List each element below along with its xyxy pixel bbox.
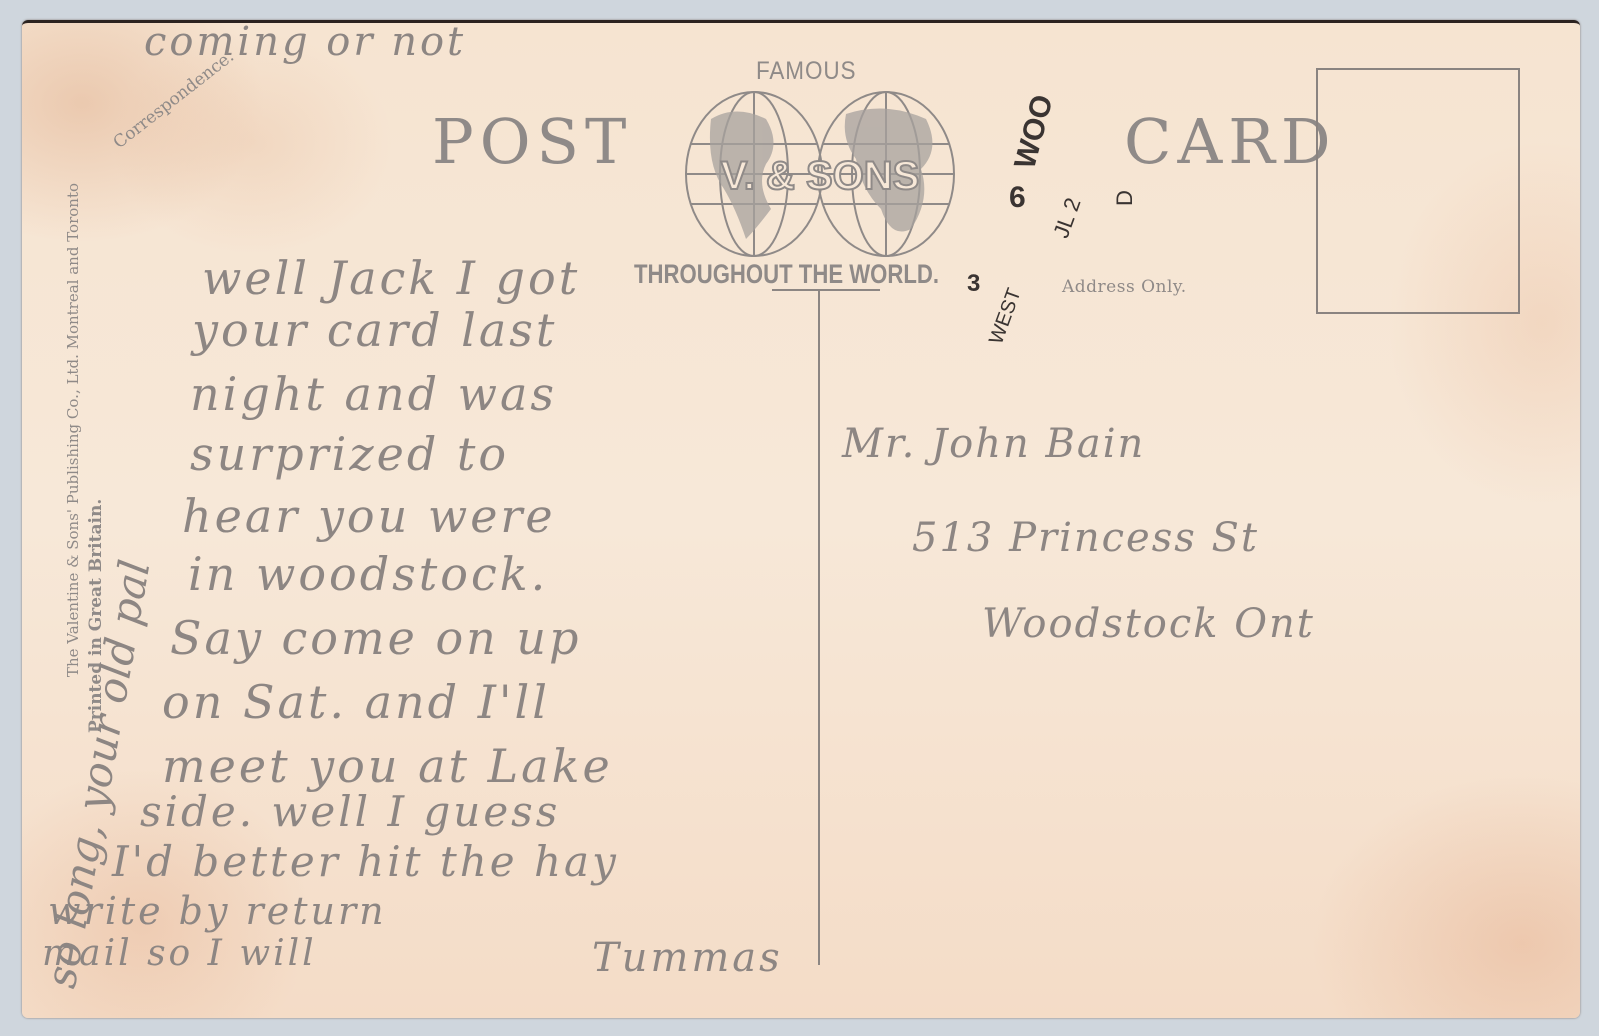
- message-line: side. well I guess: [140, 787, 560, 836]
- stamp-box: [1316, 68, 1520, 314]
- message-line: well Jack I got: [202, 251, 580, 305]
- postmark-segment: JL 2: [1048, 194, 1086, 241]
- postmark: WOO 6 JL 2 D WEST 3: [957, 115, 1157, 355]
- header-throughout: THROUGHOUT THE WORLD.: [634, 259, 939, 290]
- postmark-segment: D: [1112, 190, 1138, 206]
- message-line: meet you at Lake: [162, 739, 613, 793]
- postcard: FAMOUS POST CARD V. & SONS THROUGHOUT TH…: [22, 20, 1580, 1018]
- header-famous: FAMOUS: [756, 57, 856, 86]
- address-line: 513 Princess St: [912, 515, 1259, 561]
- postmark-segment: 3: [967, 270, 980, 298]
- signature: Tummas: [592, 935, 783, 981]
- globe-logo-icon: V. & SONS: [676, 89, 966, 259]
- address-line: Mr. John Bain: [842, 421, 1145, 467]
- message-line: in woodstock.: [188, 547, 548, 601]
- divider-top-bar: [772, 289, 880, 291]
- logo-text: V. & SONS: [721, 154, 920, 198]
- message-line: Say come on up: [170, 611, 581, 665]
- message-line: your card last: [192, 303, 557, 357]
- message-line: on Sat. and I'll: [162, 675, 550, 729]
- message-line: surprized to: [190, 427, 509, 481]
- address-line: Woodstock Ont: [982, 601, 1315, 647]
- title-post: POST: [432, 105, 632, 178]
- postmark-segment: WOO: [1008, 91, 1060, 172]
- postmark-segment: WEST: [985, 285, 1026, 347]
- divider-line: [818, 289, 820, 965]
- message-line: night and was: [190, 367, 557, 421]
- postmark-segment: 6: [1009, 181, 1026, 215]
- message-line: hear you were: [182, 489, 556, 543]
- message-line: I'd better hit the hay: [112, 837, 619, 886]
- top-note: coming or not: [144, 20, 466, 65]
